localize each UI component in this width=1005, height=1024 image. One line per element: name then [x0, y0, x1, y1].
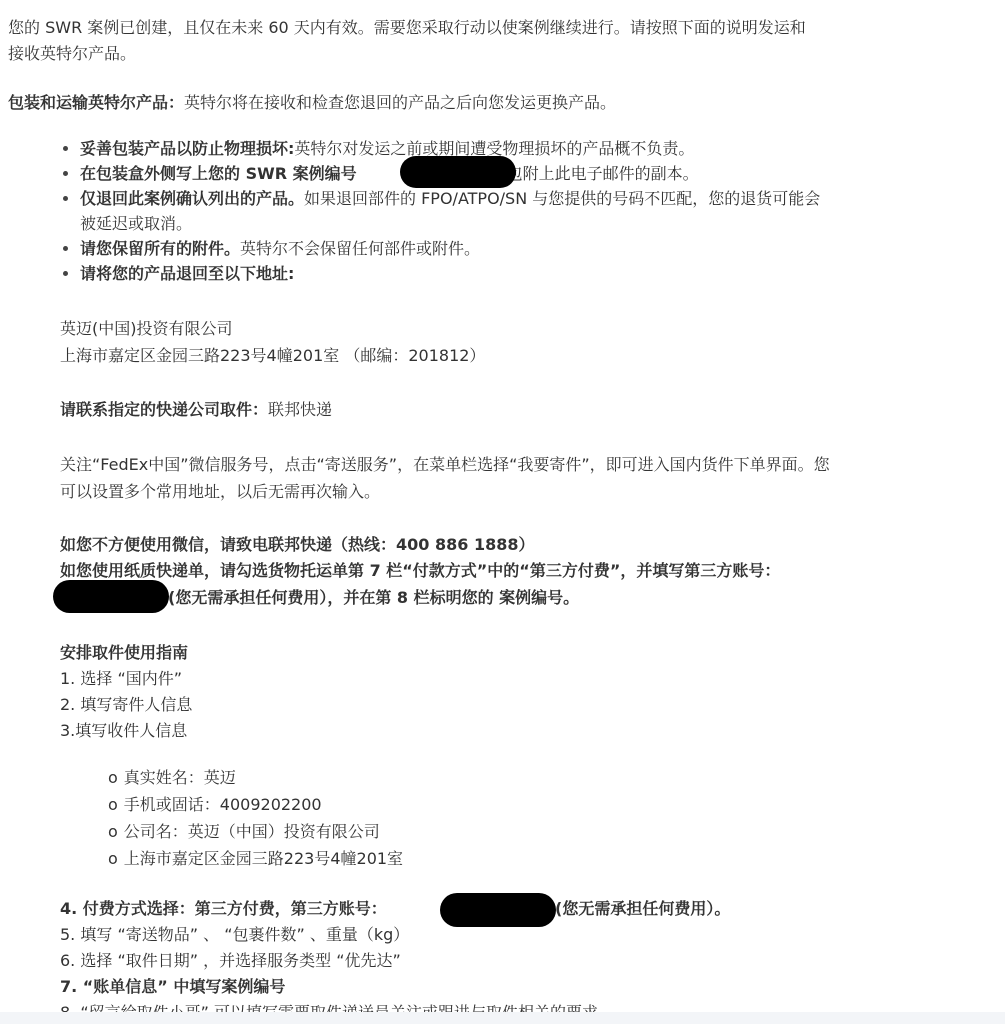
- phone-line-1: 如您不方便使用微信，请致电联邦快递（热线：400 886 1888）: [60, 532, 534, 557]
- guide-step-4: 4. 付费方式选择：第三方付费，第三方账号：: [60, 896, 387, 921]
- bullet-bold-text: 请将您的产品退回至以下地址:: [80, 264, 294, 283]
- list-item: o真实姓名：英迈: [108, 764, 403, 791]
- phone-line-2: 如您使用纸质快递单，请勾选货物托运单第 7 栏“付款方式”中的“第三方付费”，并…: [60, 558, 780, 583]
- redacted-account-number: [53, 580, 169, 613]
- bottom-bar: [0, 1012, 1005, 1024]
- list-item: 仅退回此案例确认列出的产品。如果退回部件的 FPO/ATPO/SN 与您提供的号…: [60, 186, 820, 236]
- list-item: o公司名：英迈（中国）投资有限公司: [108, 818, 403, 845]
- packaging-text: 英特尔将在接收和检查您退回的产品之后向您发运更换产品。: [184, 93, 616, 112]
- guide-step-6: 6. 选择 “取件日期” ，并选择服务类型 “优先达”: [60, 948, 401, 973]
- list-item: o手机或固话：4009202200: [108, 791, 403, 818]
- guide-step-5: 5. 填写 “寄送物品” 、 “包裹件数” 、重量（kg）: [60, 922, 409, 947]
- list-item: o上海市嘉定区金园三路223号4幢201室: [108, 845, 403, 872]
- courier-paragraph: 请联系指定的快递公司取件：联邦快递: [60, 397, 332, 422]
- guide-step-7: 7. “账单信息” 中填写案例编号: [60, 974, 285, 999]
- recipient-company: 公司名：英迈（中国）投资有限公司: [124, 822, 380, 841]
- bullet-o-icon: o: [108, 849, 118, 868]
- guide-step-4-suffix: (您无需承担任何费用）。: [555, 896, 730, 921]
- bullet-bold-text: 在包装盒外侧写上您的 SWR 案例编号: [80, 164, 357, 183]
- list-item: 请您保留所有的附件。英特尔不会保留任何部件或附件。: [60, 236, 820, 261]
- courier-name: 联邦快递: [268, 400, 332, 419]
- bullet-o-icon: o: [108, 768, 118, 787]
- bullet-bold-text: 仅退回此案例确认列出的产品。: [80, 189, 304, 208]
- bullet-o-icon: o: [108, 822, 118, 841]
- bullet-text: 英特尔不会保留任何部件或附件。: [240, 239, 480, 258]
- intro-line-2: 接收英特尔产品。: [8, 41, 136, 66]
- redacted-case-number: [400, 156, 516, 188]
- bullet-o-icon: o: [108, 795, 118, 814]
- list-item: 请将您的产品退回至以下地址:: [60, 261, 820, 286]
- packaging-paragraph: 包装和运输英特尔产品：英特尔将在接收和检查您退回的产品之后向您发运更换产品。: [8, 90, 616, 115]
- bullet-text-continued: 被延迟或取消。: [80, 214, 192, 233]
- bullet-bold-text: 请您保留所有的附件。: [80, 239, 240, 258]
- intro-line-1: 您的 SWR 案例已创建，且仅在未来 60 天内有效。需要您采取行动以使案例继续…: [8, 15, 806, 40]
- guide-step-3: 3.填写收件人信息: [60, 718, 187, 743]
- bullet-bold-text: 妥善包装产品以防止物理损坏:: [80, 139, 294, 158]
- redacted-account-number-2: [440, 893, 556, 927]
- courier-label: 请联系指定的快递公司取件：: [60, 400, 268, 419]
- guide-title: 安排取件使用指南: [60, 640, 188, 665]
- address-company: 英迈(中国)投资有限公司: [60, 316, 233, 341]
- wechat-line-2: 可以设置多个常用地址，以后无需再次输入。: [60, 479, 380, 504]
- address-street: 上海市嘉定区金园三路223号4幢201室 （邮编：201812）: [60, 343, 485, 368]
- wechat-line-1: 关注“FedEx中国”微信服务号，点击“寄送服务”，在菜单栏选择“我要寄件”，即…: [60, 452, 830, 477]
- guide-step-1: 1. 选择 “国内件”: [60, 666, 182, 691]
- recipient-name: 真实姓名：英迈: [124, 768, 236, 787]
- bullet-text: 如果退回部件的 FPO/ATPO/SN 与您提供的号码不匹配，您的退货可能会: [304, 189, 820, 208]
- phone-line-3: (您无需承担任何费用），并在第 8 栏标明您的 案例编号。: [168, 585, 579, 610]
- recipient-phone: 手机或固话：4009202200: [124, 795, 322, 814]
- guide-step-2: 2. 填写寄件人信息: [60, 692, 192, 717]
- packaging-heading: 包装和运输英特尔产品：: [8, 93, 184, 112]
- recipient-info-list: o真实姓名：英迈 o手机或固话：4009202200 o公司名：英迈（中国）投资…: [108, 764, 403, 872]
- recipient-address: 上海市嘉定区金园三路223号4幢201室: [124, 849, 403, 868]
